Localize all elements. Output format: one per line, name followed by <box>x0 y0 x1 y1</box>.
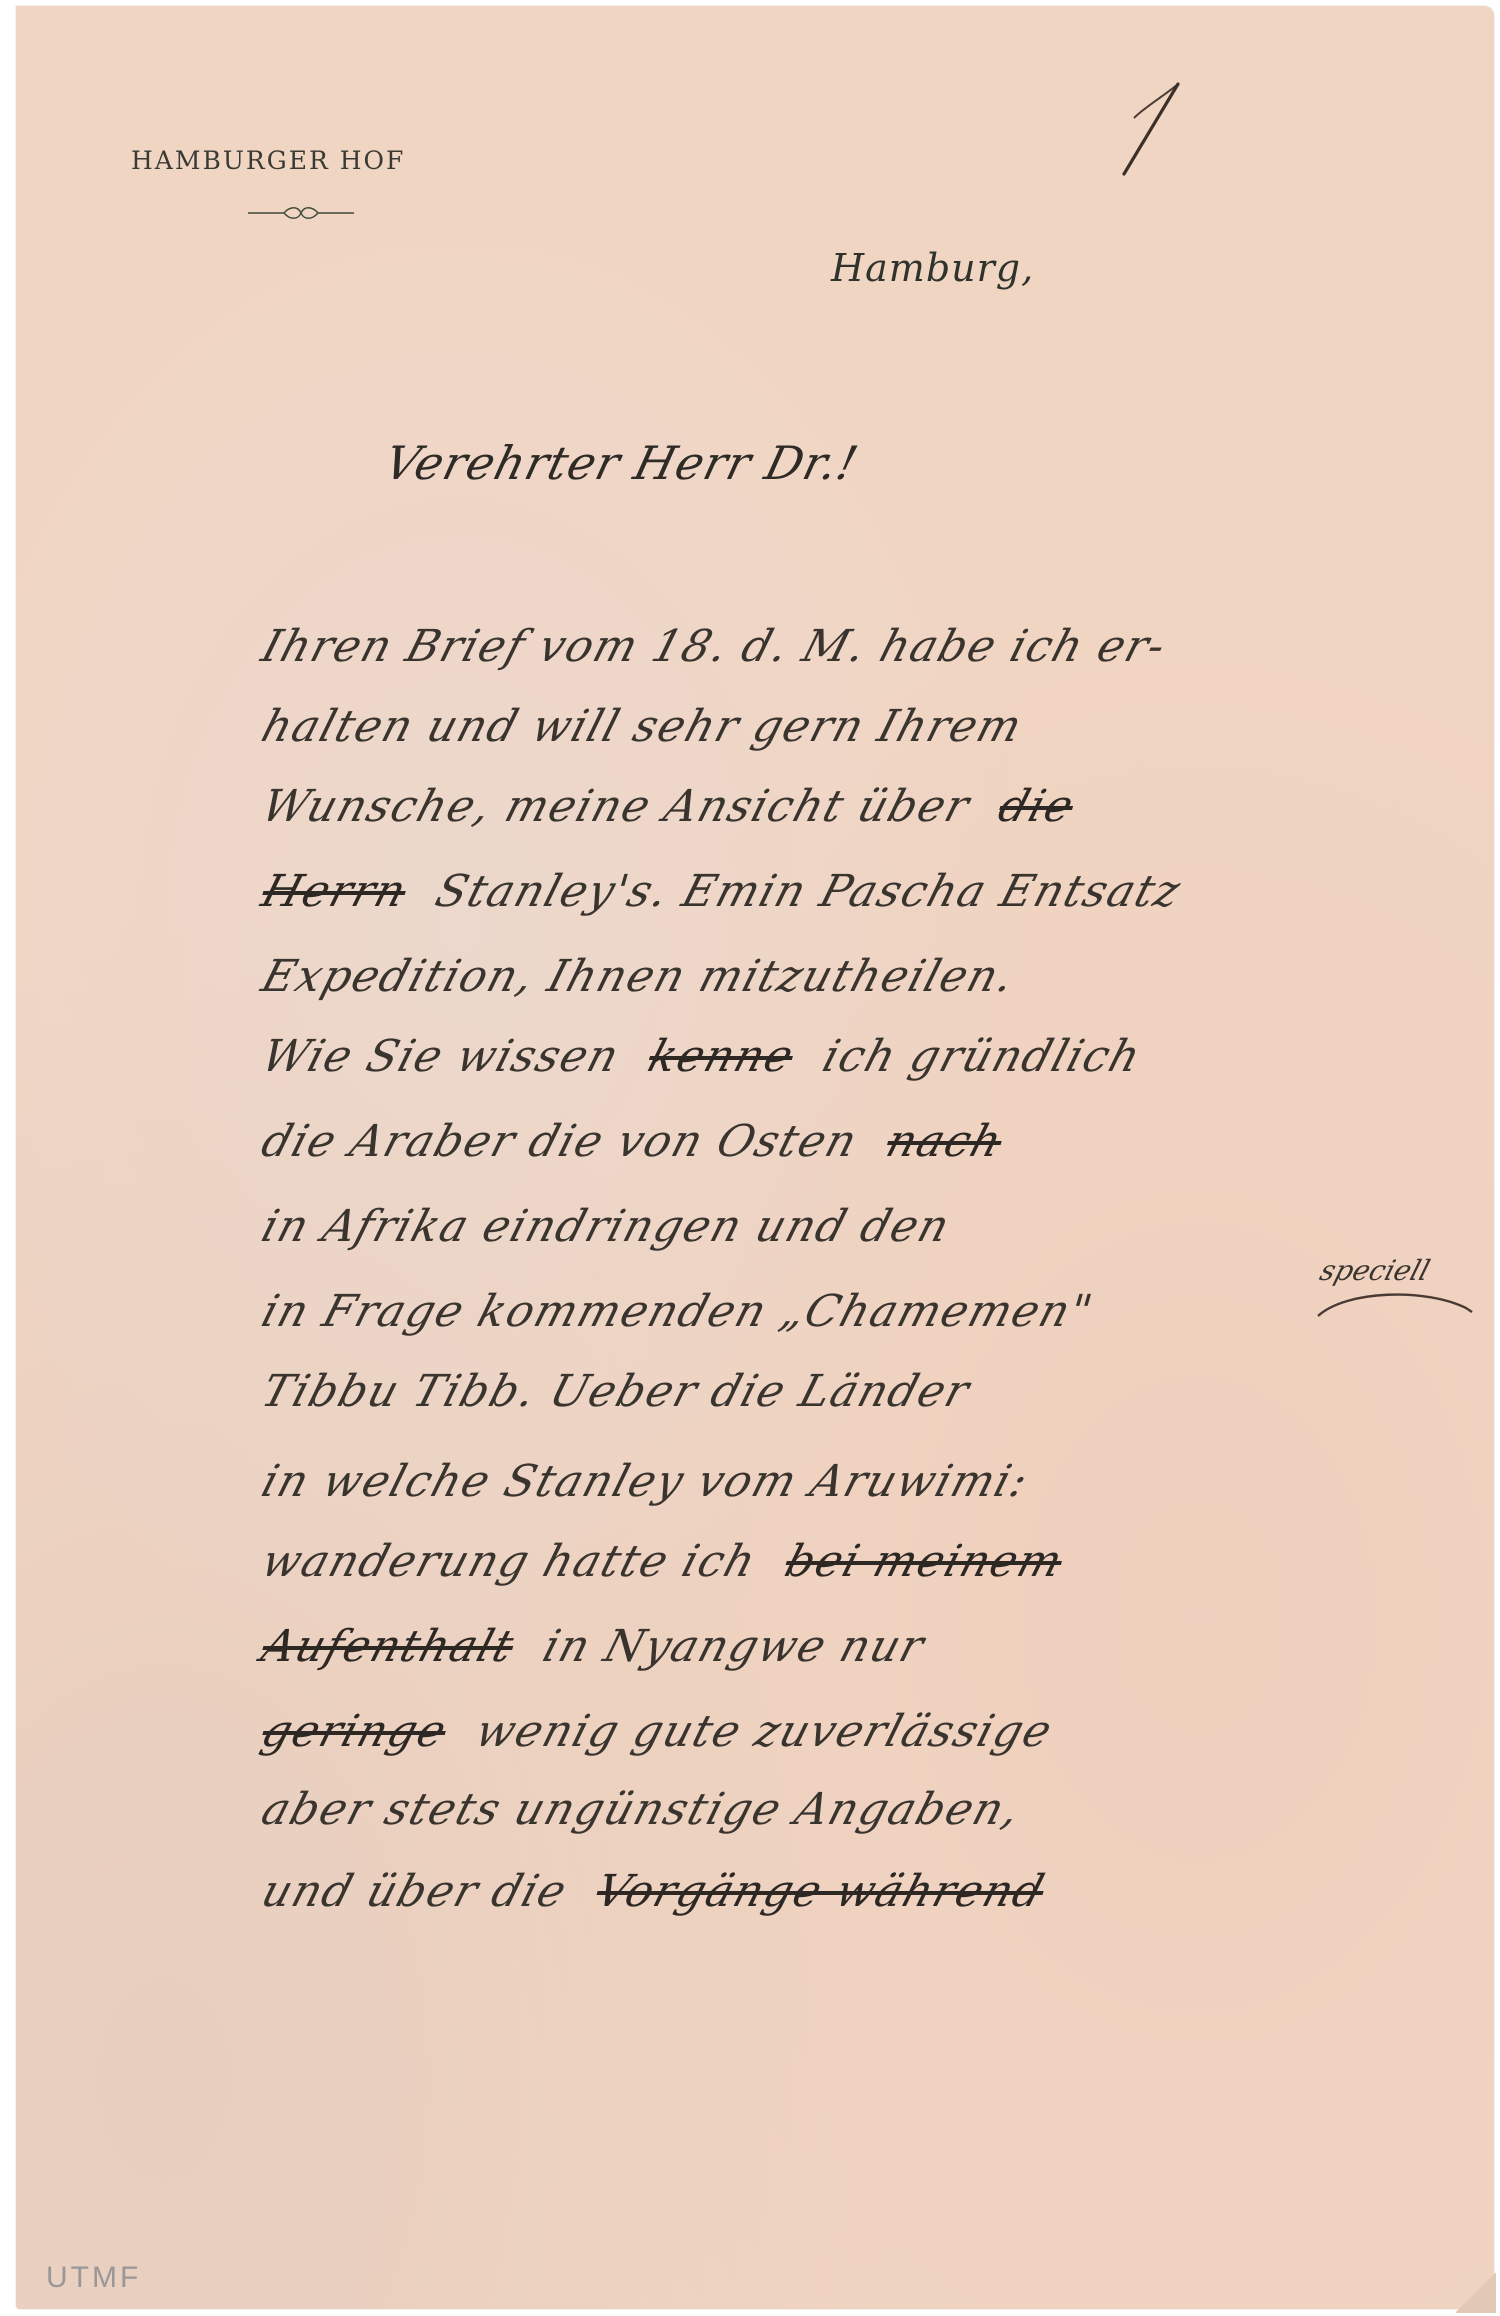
body-line: Herrn Stanley's. Emin Pascha Entsatz <box>256 866 1451 917</box>
body-line: die Araber die von Osten nach <box>256 1116 1451 1167</box>
body-line: Tibbu Tibb. Ueber die Länder <box>256 1366 1451 1417</box>
page-number-mark: 1 <box>1106 66 1196 186</box>
body-line: Ihren Brief vom 18. d. M. habe ich er- <box>256 621 1451 672</box>
letter-greeting: Verehrter Herr Dr.! <box>379 436 864 490</box>
letterhead-hotel-name: HAMBURGER HOF <box>131 146 405 175</box>
body-line: halten und will sehr gern Ihrem <box>256 701 1451 752</box>
body-line: aber stets ungünstige Angaben, <box>256 1784 1451 1835</box>
folded-corner <box>1456 2271 1496 2313</box>
body-line: geringe wenig gute zuverlässige <box>256 1706 1451 1757</box>
struck-word: geringe <box>256 1706 453 1757</box>
struck-word: bei meinem <box>779 1536 1069 1587</box>
struck-word: nach <box>881 1116 1009 1167</box>
interlinear-insertion: speciell <box>1316 1254 1433 1287</box>
struck-word: kenne <box>643 1031 801 1082</box>
struck-word: Aufenthalt <box>256 1621 520 1672</box>
body-line: Wie Sie wissen kenne ich gründlich <box>256 1031 1451 1082</box>
body-line: wanderung hatte ich bei meinem <box>256 1536 1451 1587</box>
struck-word: Vorgänge während <box>590 1866 1051 1917</box>
struck-word: Herrn <box>256 866 413 917</box>
pencil-annotation: UTMF <box>46 2261 141 2295</box>
body-line: in Frage kommenden „Chamemen" <box>256 1286 1451 1337</box>
body-line: Aufenthalt in Nyangwe nur <box>256 1621 1451 1672</box>
body-line: Expedition, Ihnen mitzutheilen. <box>256 951 1451 1002</box>
body-line: Wunsche, meine Ansicht über die <box>256 781 1451 832</box>
letterhead-place: Hamburg, <box>831 246 1034 290</box>
body-line: und über die Vorgänge während <box>256 1866 1451 1917</box>
letterhead-ornament-icon <box>246 204 356 222</box>
body-line: in Afrika eindringen und den <box>256 1201 1451 1252</box>
struck-word: die <box>993 781 1080 832</box>
letter-page: HAMBURGER HOF Hamburg, 1 Verehrter Herr … <box>16 6 1494 2309</box>
body-line: in welche Stanley vom Aruwimi: <box>256 1456 1451 1507</box>
